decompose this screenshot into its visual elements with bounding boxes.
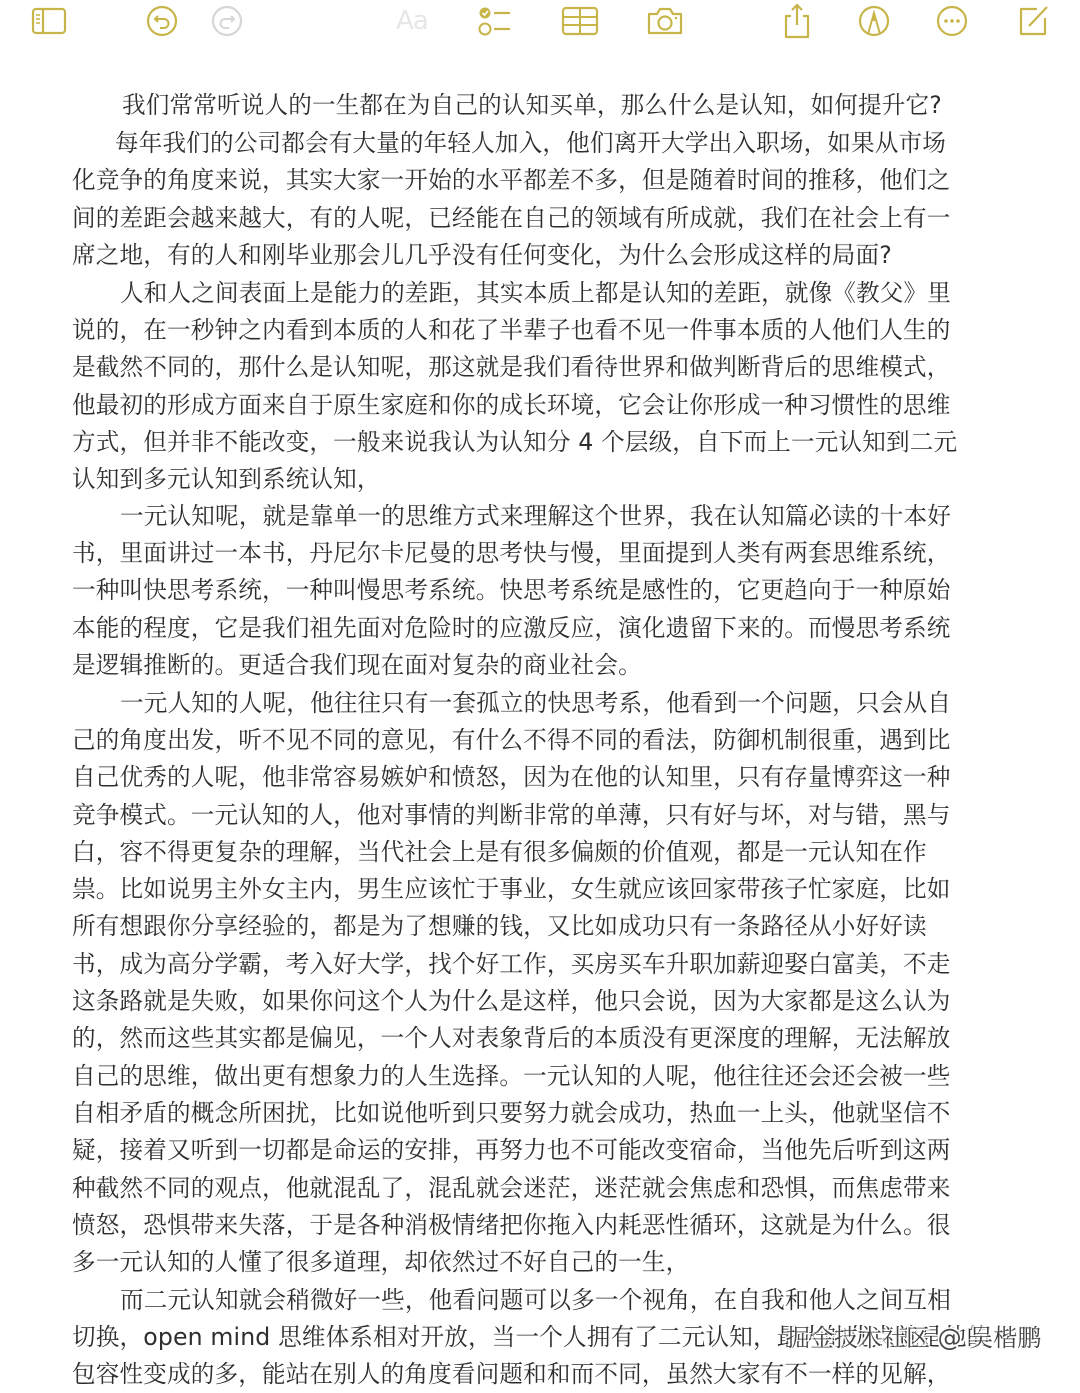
note-body[interactable]: 我们常常听说人的一生都在为自己的认知买单，那么什么是认知，如何提升它? 每年我们…	[0, 0, 1080, 1393]
note-line: 认知到多元认知到系统认知，	[72, 461, 1002, 498]
note-line: 每年我们的公司都会有大量的年轻人加入，他们离开大学出入职场，如果从市场	[115, 125, 1045, 162]
note-line: 竞争模式。一元认知的人，他对事情的判断非常的单薄，只有好与坏，对与错，黑与	[72, 797, 1002, 834]
note-line: 书，里面讲过一本书，丹尼尔卡尼曼的思考快与慢，里面提到人类有两套思维系统，	[72, 535, 1002, 572]
note-line: 祟。比如说男主外女主内，男生应该忙于事业，女生就应该回家带孩子忙家庭，比如	[72, 871, 1002, 908]
note-line: 是截然不同的，那什么是认知呢，那这就是我们看待世界和做判断背后的思维模式，	[72, 349, 1002, 386]
note-line: 所有想跟你分享经验的，都是为了想赚的钱，又比如成功只有一条路径从小好好读	[72, 908, 1002, 945]
note-line: 这条路就是失败，如果你问这个人为什么是这样，他只会说，因为大家都是这么认为	[72, 983, 1002, 1020]
note-line: 一种叫快思考系统，一种叫慢思考系统。快思考系统是感性的，它更趋向于一种原始	[72, 572, 1002, 609]
note-line: 席之地，有的人和刚毕业那会儿几乎没有任何变化，为什么会形成这样的局面?	[72, 237, 1002, 274]
note-line: 本能的程度，它是我们祖先面对危险时的应激反应，演化遗留下来的。而慢思考系统	[72, 610, 1002, 647]
note-line: 他最初的形成方面来自于原生家庭和你的成长环境，它会让你形成一种习惯性的思维	[72, 387, 1002, 424]
note-line: 的，然而这些其实都是偏见，一个人对表象背后的本质没有更深度的理解，无法解放	[72, 1020, 1002, 1057]
note-line: 种截然不同的观点，他就混乱了，混乱就会迷茫，迷茫就会焦虑和恐惧，而焦虑带来	[72, 1170, 1002, 1207]
note-line: 白，容不得更复杂的理解，当代社会上是有很多偏颇的价值观，都是一元认知在作	[72, 834, 1002, 871]
note-line: 一元认知呢，就是靠单一的思维方式来理解这个世界，我在认知篇必读的十本好	[120, 498, 1050, 535]
note-line: 我们常常听说人的一生都在为自己的认知买单，那么什么是认知，如何提升它?	[122, 87, 1052, 124]
note-line: 化竞争的角度来说，其实大家一开始的水平都差不多，但是随着时间的推移，他们之	[72, 162, 1002, 199]
note-line: 己的角度出发，听不见不同的意见，有什么不得不同的看法，防御机制很重，遇到比	[72, 722, 1002, 759]
note-line: 是逻辑推断的。更适合我们现在面对复杂的商业社会。	[72, 647, 1002, 684]
note-line: 方式，但并非不能改变，一般来说我认为认知分 4 个层级，自下而上一元认知到二元	[72, 424, 1002, 461]
note-line: 一元人知的人呢，他往往只有一套孤立的快思考系，他看到一个问题，只会从自	[120, 685, 1050, 722]
note-line: 自己的思维，做出更有想象力的人生选择。一元认知的人呢，他往往还会还会被一些	[72, 1058, 1002, 1095]
note-line: 疑，接着又听到一切都是命运的安排，再努力也不可能改变宿命，当他先后听到这两	[72, 1132, 1002, 1169]
note-line: 书，成为高分学霸，考入好大学，找个好工作，买房买车升职加薪迎娶白富美，不走	[72, 946, 1002, 983]
note-line: 多一元认知的人懂了很多道理，却依然过不好自己的一生，	[72, 1244, 1002, 1281]
note-line: 间的差距会越来越大，有的人呢，已经能在自己的领域有所成就，我们在社会上有一	[72, 200, 1002, 237]
note-line: 自己优秀的人呢，他非常容易嫉妒和愤怒，因为在他的认知里，只有存量博弈这一种	[72, 759, 1002, 796]
note-line: 愤怒，恐惧带来失落，于是各种消极情绪把你拖入内耗恶性循环，这就是为什么。很	[72, 1207, 1002, 1244]
note-line: 说的，在一秒钟之内看到本质的人和花了半辈子也看不见一件事本质的人他们人生的	[72, 312, 1002, 349]
note-line: 而二元认知就会稍微好一些，他看问题可以多一个视角，在自我和他人之间互相	[120, 1282, 1050, 1319]
note-line: 包容性变成的多，能站在别人的角度看问题和和而不同，虽然大家有不一样的见解，	[72, 1356, 1002, 1393]
note-line: 自相矛盾的概念所困扰，比如说他听到只要努力就会成功，热血一上头，他就坚信不	[72, 1095, 1002, 1132]
watermark: 掘金技术社区 @ 吴楷鹏	[786, 1322, 1041, 1354]
note-line: 人和人之间表面上是能力的差距，其实本质上都是认知的差距，就像《教父》里	[120, 275, 1050, 312]
